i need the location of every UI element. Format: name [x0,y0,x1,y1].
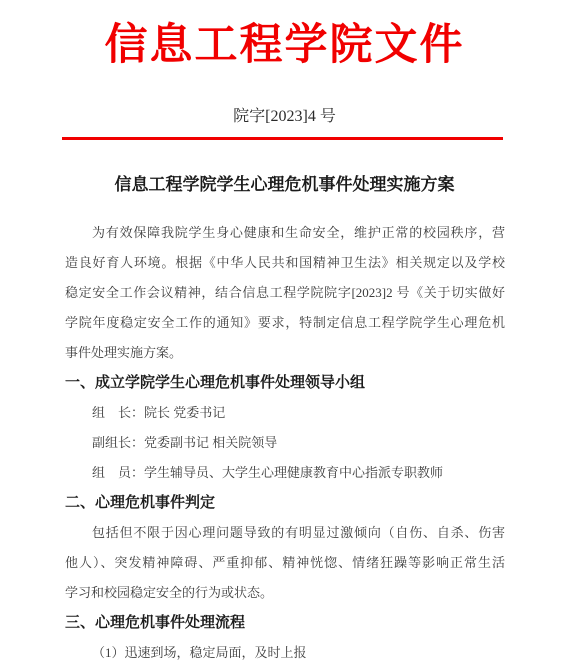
doc-title: 信息工程学院学生心理危机事件处理实施方案 [0,171,569,199]
body-line: 他人）、突发精神障碍、严重抑郁、精神恍惚、情绪狂躁等影响正常生活 [65,548,505,578]
body-line: 包括但不限于因心理问题导致的有明显过激倾向（自伤、自杀、伤害 [65,518,505,548]
member-line: 组 员：学生辅导员、大学生心理健康教育中心指派专职教师 [65,458,505,488]
intro-line: 造良好育人环境。根据《中华人民共和国精神卫生法》相关规定以及学校 [65,248,505,278]
org-title: 信息工程学院文件 [0,14,569,78]
section2-heading: 二、心理危机事件判定 [65,488,505,518]
doc-number: 院字[2023]4 号 [0,103,569,131]
member-line: 组 长：院长 党委书记 [65,398,505,428]
intro-line: 学院年度稳定安全工作的通知》要求，特制定信息工程学院学生心理危机 [65,308,505,338]
member-line: 副组长：党委副书记 相关院领导 [65,428,505,458]
intro-line: 事件处理实施方案。 [65,338,505,368]
intro-line: 稳定安全工作会议精神，结合信息工程学院院字[2023]2 号《关于切实做好 [65,278,505,308]
body-line: 学习和校园稳定安全的行为或状态。 [65,578,505,608]
section1-heading: 一、成立学院学生心理危机事件处理领导小组 [65,368,505,398]
document-page: 信息工程学院文件 院字[2023]4 号 信息工程学院学生心理危机事件处理实施方… [0,0,569,668]
section3-heading: 三、心理危机事件处理流程 [65,608,505,638]
red-rule-divider [62,137,503,140]
step-line: （1）迅速到场，稳定局面，及时上报 [65,638,505,668]
document-body: 为有效保障我院学生身心健康和生命安全，维护正常的校园秩序，营 造良好育人环境。根… [65,218,505,668]
intro-line: 为有效保障我院学生身心健康和生命安全，维护正常的校园秩序，营 [65,218,505,248]
